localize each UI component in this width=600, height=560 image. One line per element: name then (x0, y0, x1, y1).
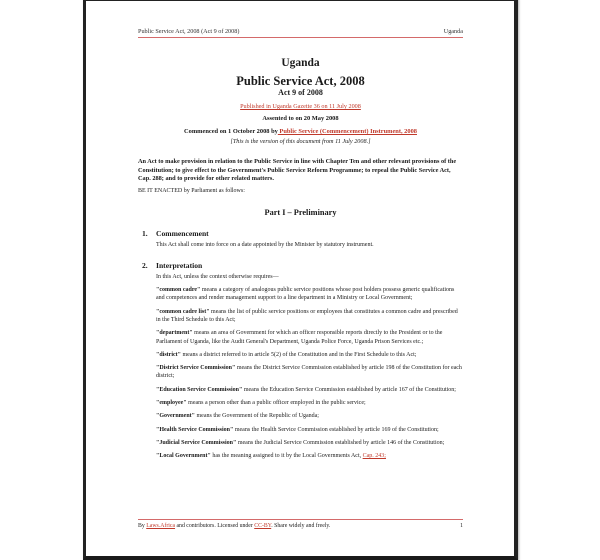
version-note: [This is the version of this document fr… (138, 137, 463, 146)
definition-text: means a person other than a public offic… (187, 400, 366, 406)
interpretation-intro: In this Act, unless the context otherwis… (156, 273, 463, 281)
section-heading: Interpretation (156, 261, 202, 270)
definition-term: "Government" (156, 413, 195, 419)
enacting-formula: BE IT ENACTED by Parliament as follows: (138, 188, 463, 194)
act-title: Public Service Act, 2008 (138, 75, 463, 88)
running-footer: By Laws.Africa and contributors. License… (138, 519, 463, 529)
definition-text: means a category of analogous public ser… (156, 287, 454, 301)
assented-date: Assented to on 20 May 2008 (138, 115, 463, 122)
section-commencement: 1. Commencement This Act shall come into… (138, 229, 463, 249)
definition-text: means the Government of the Republic of … (195, 413, 319, 419)
definition-term: "Health Service Commission" (156, 427, 233, 433)
header-country: Uganda (444, 28, 463, 36)
country-heading: Uganda (138, 57, 463, 69)
footer-license-text: and contributors. Licensed under (175, 523, 254, 529)
definition-text: means the Health Service Commission esta… (233, 427, 438, 433)
section-interpretation: 2. Interpretation In this Act, unless th… (138, 261, 463, 461)
commencement-instrument-link[interactable]: Public Service (Commencement) Instrument… (278, 128, 417, 135)
definition-item: "department" means an area of Government… (156, 329, 463, 346)
header-act-title: Public Service Act, 2008 (Act 9 of 2008) (138, 28, 239, 36)
part-heading: Part I – Preliminary (138, 208, 463, 217)
definition-term: "common cadre list" (156, 309, 210, 315)
running-header: Public Service Act, 2008 (Act 9 of 2008)… (138, 28, 463, 38)
commenced-text: Commenced on 1 October 2008 by (184, 128, 278, 135)
definition-term: "District Service Commission" (156, 365, 235, 371)
definition-term: "Education Service Commission" (156, 387, 242, 393)
section-number: 1. (138, 229, 156, 238)
definition-text: means an area of Government for which an… (156, 330, 442, 344)
definitions-list: In this Act, unless the context otherwis… (138, 273, 463, 461)
definition-item: "Government" means the Government of the… (156, 412, 463, 420)
preamble: An Act to make provision in relation to … (138, 158, 463, 184)
section-heading: Commencement (156, 229, 209, 238)
definition-item: "common cadre list" means the list of pu… (156, 308, 463, 325)
footer-credits: By Laws.Africa and contributors. License… (138, 523, 330, 529)
definition-item: "Education Service Commission" means the… (156, 386, 463, 394)
footer-share-text: . Share widely and freely. (271, 523, 330, 529)
gazette-link[interactable]: Published in Uganda Gazette 36 on 11 Jul… (240, 103, 361, 110)
commenced-line: Commenced on 1 October 2008 by Public Se… (138, 127, 463, 136)
act-reference-link[interactable]: Cap. 243; (363, 453, 386, 459)
title-block: Uganda Public Service Act, 2008 Act 9 of… (138, 57, 463, 146)
definition-text: means a district referred to in article … (181, 352, 416, 358)
definition-item: "employee" means a person other than a p… (156, 399, 463, 407)
section-number: 2. (138, 261, 156, 270)
definition-term: "Judicial Service Commission" (156, 440, 236, 446)
definition-text: has the meaning assigned to it by the Lo… (211, 453, 363, 459)
definition-term: "Local Government" (156, 453, 211, 459)
definition-text: means the Education Service Commission e… (242, 387, 456, 393)
definition-item: "Judicial Service Commission" means the … (156, 439, 463, 447)
laws-africa-link[interactable]: Laws.Africa (146, 523, 175, 529)
section-text: This Act shall come into force on a date… (138, 241, 463, 249)
definition-text: means the Judicial Service Commission es… (236, 440, 444, 446)
definition-item: "district" means a district referred to … (156, 351, 463, 359)
document-page: Public Service Act, 2008 (Act 9 of 2008)… (83, 0, 518, 560)
definition-term: "department" (156, 330, 193, 336)
definition-item: "District Service Commission" means the … (156, 364, 463, 381)
definition-item: "Health Service Commission" means the He… (156, 426, 463, 434)
page-number: 1 (460, 523, 463, 529)
definition-item: "common cadre" means a category of analo… (156, 286, 463, 303)
footer-by: By (138, 523, 146, 529)
definition-item: "Local Government" has the meaning assig… (156, 452, 463, 460)
definition-term: "district" (156, 352, 181, 358)
document-content: Uganda Public Service Act, 2008 Act 9 of… (138, 57, 463, 461)
definition-term: "common cadre" (156, 287, 200, 293)
act-number: Act 9 of 2008 (138, 88, 463, 98)
definition-term: "employee" (156, 400, 187, 406)
cc-by-link[interactable]: CC-BY (254, 523, 271, 529)
